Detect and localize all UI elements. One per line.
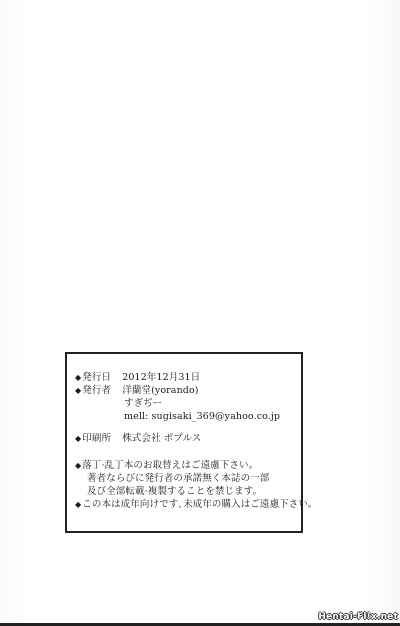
publisher-author: すぎぢー bbox=[124, 398, 162, 410]
printer-value: 株式会社 ポプルス bbox=[122, 433, 201, 444]
publisher-row: ◆発行者洋蘭堂(yorando) bbox=[75, 385, 199, 397]
notice-line-2: 著者ならびに発行者の承諾無く本誌の一部 bbox=[87, 473, 269, 485]
diamond-bullet-icon: ◆ bbox=[75, 386, 81, 395]
notice-line-3: 及び全部転載·複製することを禁じます。 bbox=[87, 486, 262, 498]
diamond-bullet-icon: ◆ bbox=[75, 373, 81, 382]
publish-date-value: 2012年12月31日 bbox=[122, 372, 200, 383]
publish-date-label: 発行日 bbox=[82, 372, 122, 384]
diamond-bullet-icon: ◆ bbox=[75, 461, 81, 470]
age-notice-text: この本は成年向けです､未成年の購入はご遠慮下さい。 bbox=[82, 499, 317, 510]
printer-row: ◆印刷所株式会社 ポプルス bbox=[75, 433, 202, 445]
publisher-label: 発行者 bbox=[82, 385, 122, 397]
diamond-bullet-icon: ◆ bbox=[75, 500, 81, 509]
notice-line-1: ◆落丁·乱丁本のお取替えはご遠慮下さい。 bbox=[75, 460, 258, 472]
publisher-circle: 洋蘭堂(yorando) bbox=[122, 385, 198, 396]
age-notice-row: ◆この本は成年向けです､未成年の購入はご遠慮下さい。 bbox=[75, 499, 318, 511]
watermark: Hentai-Fl!x.net bbox=[318, 612, 398, 622]
publisher-mail: mell: sugisaki_369@yahoo.co.jp bbox=[124, 411, 280, 423]
publish-date-row: ◆発行日2012年12月31日 bbox=[75, 372, 200, 384]
notice-text: 落丁·乱丁本のお取替えはご遠慮下さい。 bbox=[82, 460, 258, 471]
printer-label: 印刷所 bbox=[82, 433, 122, 445]
diamond-bullet-icon: ◆ bbox=[75, 434, 81, 443]
